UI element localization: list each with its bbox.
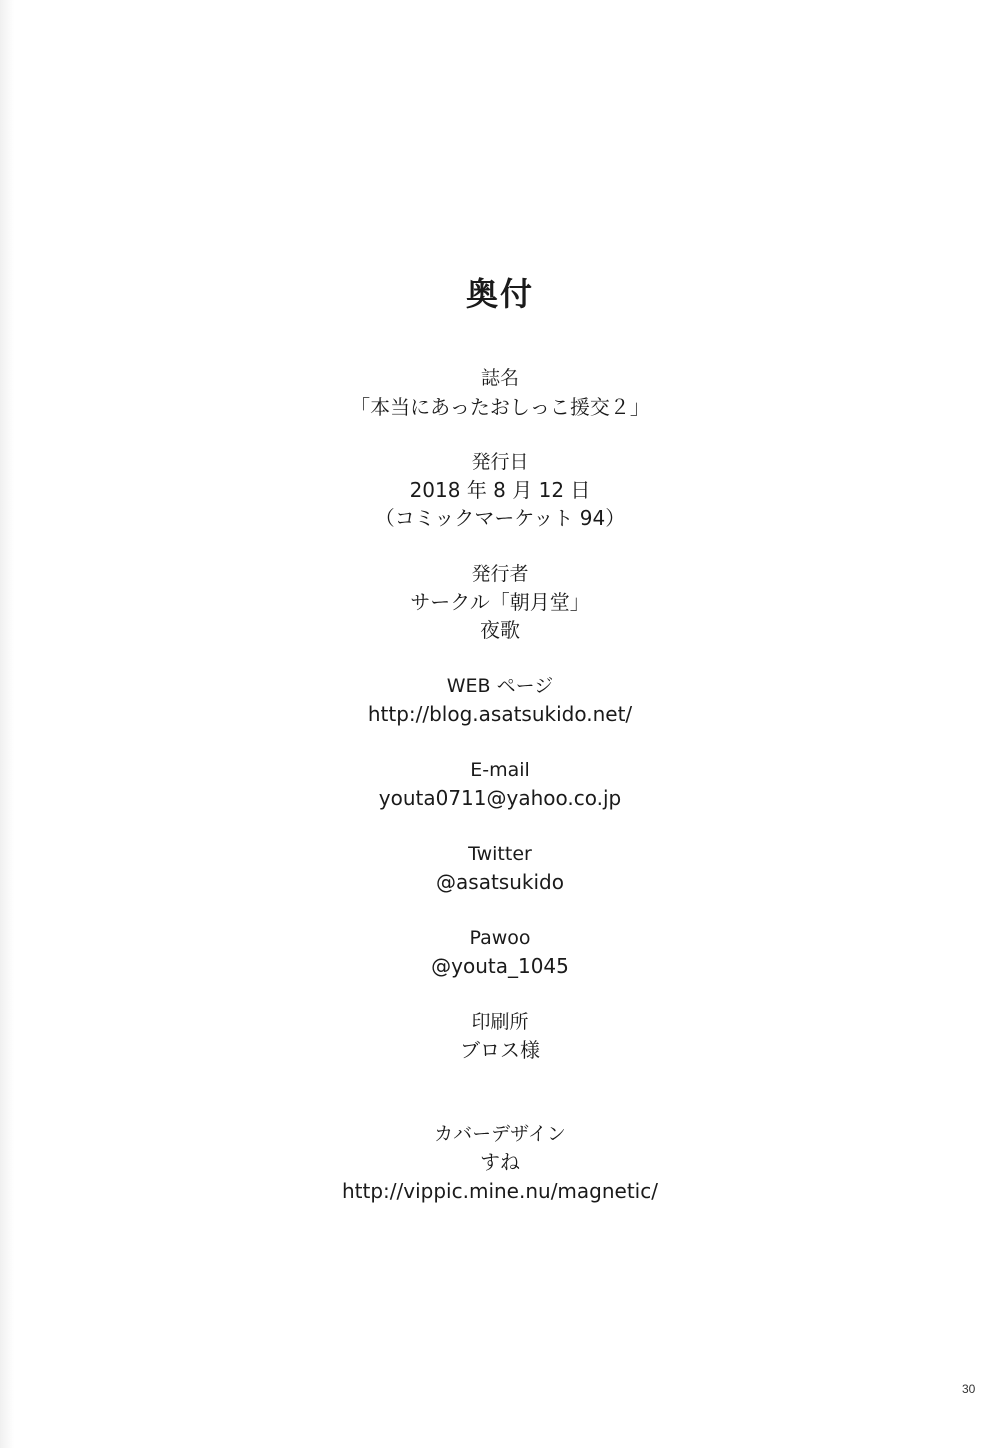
page-title: 奥付 bbox=[0, 272, 1000, 316]
page-number: 30 bbox=[962, 1382, 975, 1396]
printer-name: ブロス様 bbox=[0, 1036, 1000, 1064]
pawoo-label: Pawoo bbox=[0, 924, 1000, 952]
issue-date-label: 発行日 bbox=[0, 448, 1000, 476]
cover-designer: すね bbox=[0, 1148, 1000, 1176]
publisher-circle: サークル「朝月堂」 bbox=[0, 588, 1000, 616]
cover-design-url: http://vippic.mine.nu/magnetic/ bbox=[0, 1177, 1000, 1205]
issue-date-value: 2018 年 8 月 12 日 bbox=[0, 476, 1000, 504]
web-label: WEB ページ bbox=[0, 672, 1000, 700]
email-address: youta0711@yahoo.co.jp bbox=[0, 784, 1000, 812]
twitter-handle: @asatsukido bbox=[0, 868, 1000, 896]
publisher-author: 夜歌 bbox=[0, 616, 1000, 644]
issue-event: （コミックマーケット 94） bbox=[0, 504, 1000, 532]
magazine-name-label: 誌名 bbox=[0, 364, 1000, 392]
cover-design-label: カバーデザイン bbox=[0, 1120, 1000, 1148]
magazine-name-value: 「本当にあったおしっこ援交２」 bbox=[0, 393, 1000, 421]
pawoo-handle: @youta_1045 bbox=[0, 952, 1000, 980]
email-label: E-mail bbox=[0, 756, 1000, 784]
twitter-label: Twitter bbox=[0, 840, 1000, 868]
printer-label: 印刷所 bbox=[0, 1008, 1000, 1036]
web-url: http://blog.asatsukido.net/ bbox=[0, 700, 1000, 728]
publisher-label: 発行者 bbox=[0, 560, 1000, 588]
